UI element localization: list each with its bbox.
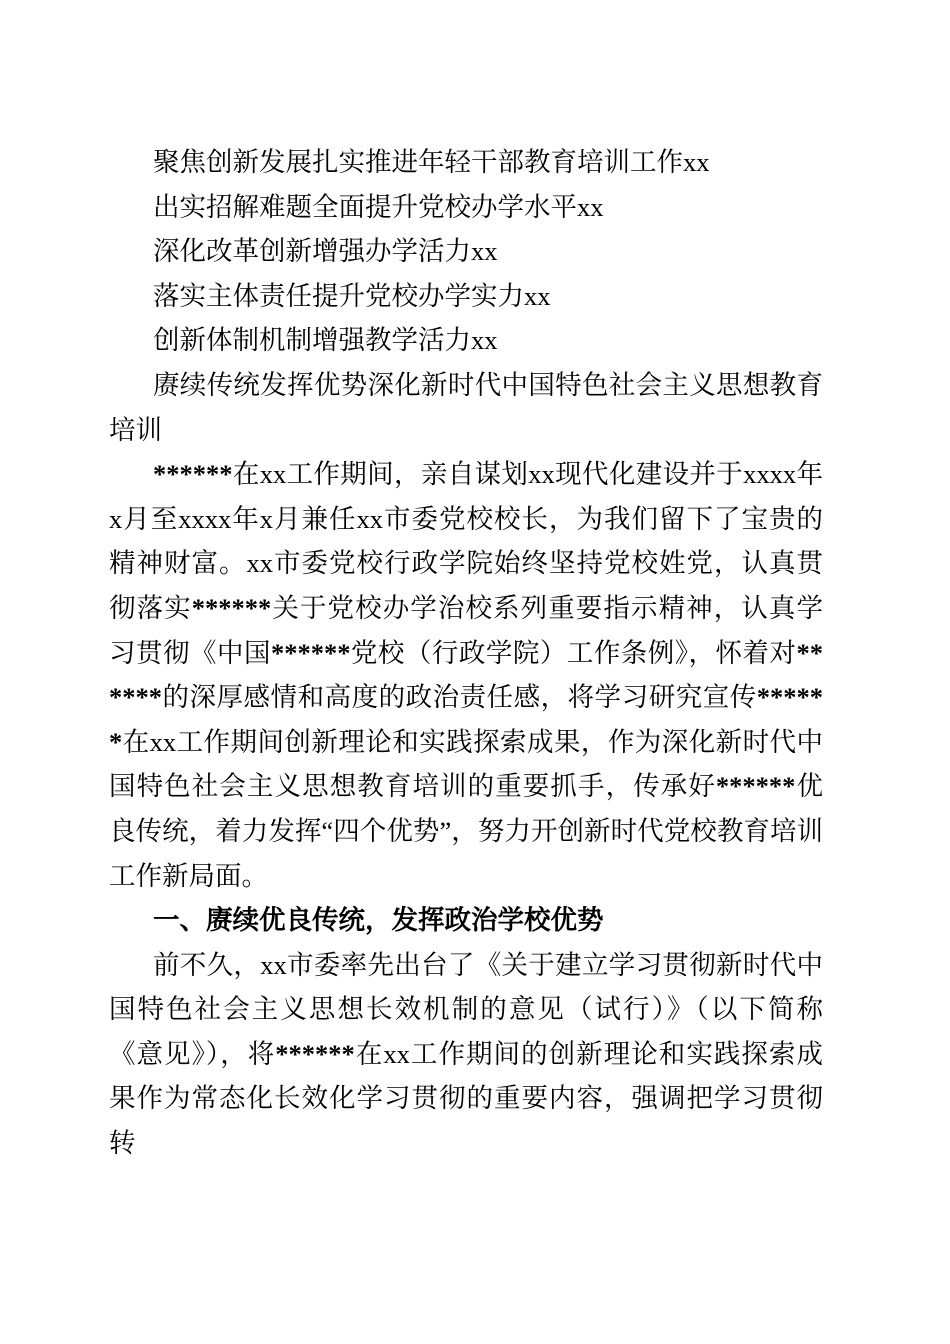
- title-line-1: 聚焦创新发展扎实推进年轻干部教育培训工作xx: [109, 140, 823, 185]
- title-line-3: 深化改革创新增强办学活力xx: [109, 229, 823, 274]
- title-line-5: 创新体制机制增强教学活力xx: [109, 318, 823, 363]
- section-heading-1: 一、赓续优良传统，发挥政治学校优势: [109, 898, 823, 943]
- title-line-4: 落实主体责任提升党校办学实力xx: [109, 274, 823, 319]
- body-paragraph-2: 前不久，xx市委率先出台了《关于建立学习贯彻新时代中国特色社会主义思想长效机制的…: [109, 943, 823, 1166]
- title-line-2: 出实招解难题全面提升党校办学水平xx: [109, 185, 823, 230]
- document-page: 聚焦创新发展扎实推进年轻干部教育培训工作xx 出实招解难题全面提升党校办学水平x…: [0, 0, 950, 1344]
- title-line-6: 赓续传统发挥优势深化新时代中国特色社会主义思想教育培训: [109, 363, 823, 452]
- body-paragraph-1: ******在xx工作期间，亲自谋划xx现代化建设并于xxxx年x月至xxxx年…: [109, 452, 823, 898]
